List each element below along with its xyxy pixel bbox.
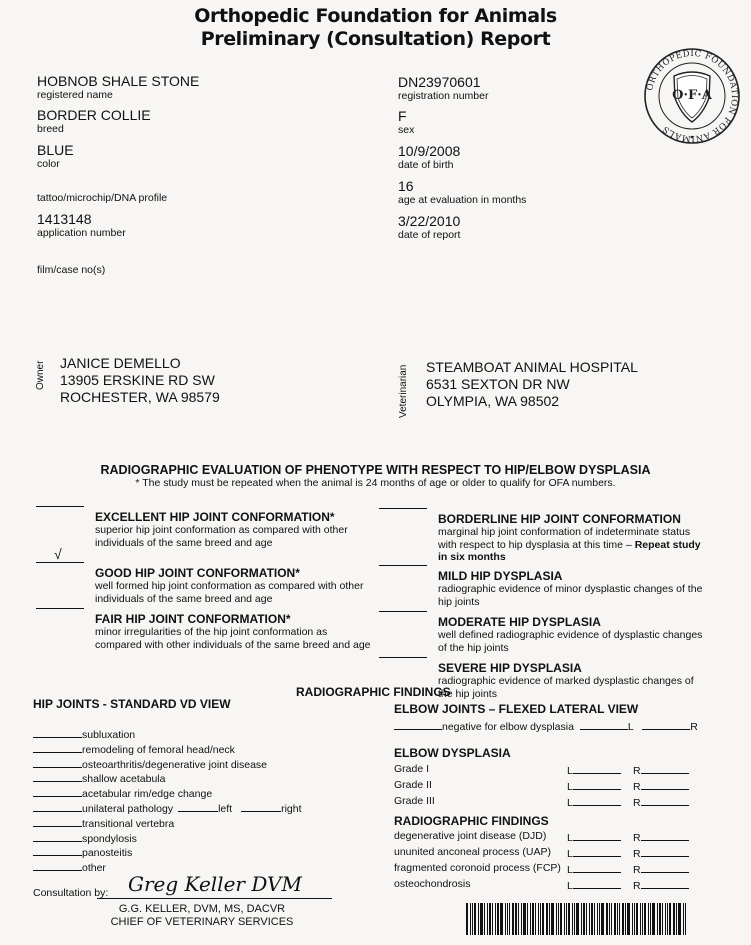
tattoo-label: tattoo/microchip/DNA profile [37, 192, 167, 204]
elbow-grade-row-left: L [567, 795, 621, 809]
evaluation-note: * The study must be repeated when the an… [0, 477, 751, 489]
color-value: BLUE [37, 143, 74, 158]
elbow-grade-row-right: R [633, 795, 689, 809]
elbow-finding-row-label: ununited anconeal process (UAP) [394, 846, 551, 858]
option-excellent-desc: superior hip joint conformation as compa… [95, 524, 376, 549]
elbow-finding-row-left: L [567, 862, 621, 876]
hip-finding-label: spondylosis [82, 833, 137, 845]
hip-section-title: HIP JOINTS - STANDARD VD VIEW [33, 697, 231, 711]
option-good-blank[interactable]: √ [36, 552, 84, 563]
option-borderline-blank[interactable] [379, 498, 427, 509]
elbow-grade-row-right-blank[interactable] [641, 779, 689, 790]
hip-finding-blank[interactable] [33, 860, 82, 871]
ofa-seal-icon: ORTHOPEDIC FOUNDATION FOR ANIMALS O·F·A [641, 46, 743, 146]
owner-side-label: Owner [35, 361, 46, 390]
option-excellent-title: EXCELLENT HIP JOINT CONFORMATION* [95, 510, 376, 524]
sex-label: sex [398, 124, 414, 136]
option-fair-blank[interactable] [36, 598, 84, 609]
elbow-finding-row-left: L [567, 878, 621, 892]
registration-number-label: registration number [398, 90, 488, 102]
unilateral-left-blank[interactable] [178, 801, 218, 812]
elbow-grade-row-right: R [633, 763, 689, 777]
elbow-finding-row-right-blank[interactable] [641, 830, 689, 841]
hip-finding-blank[interactable] [33, 757, 82, 768]
elbow-finding-row-label: fragmented coronoid process (FCP) [394, 862, 561, 874]
elbow-grade-row-left: L [567, 763, 621, 777]
owner-street: 13905 ERSKINE RD SW [60, 372, 220, 389]
elbow-finding-row-left-blank[interactable] [573, 846, 621, 857]
elbow-finding-row-right: R [633, 878, 689, 892]
hip-finding-blank[interactable] [33, 816, 82, 827]
elbow-grade-row: Grade IIILR [394, 795, 694, 811]
elbow-finding-row: ununited anconeal process (UAP)LR [394, 846, 694, 862]
unilateral-right-blank[interactable] [241, 801, 281, 812]
hip-finding-label: subluxation [82, 729, 135, 741]
hip-finding-label: unilateral pathology [82, 803, 173, 815]
elbow-grade-list: Grade ILRGrade IILRGrade IIILR [394, 763, 694, 811]
registered-name-value: HOBNOB SHALE STONE [37, 74, 199, 89]
option-fair-title: FAIR HIP JOINT CONFORMATION* [95, 612, 376, 626]
hip-finding-row: osteoarthritis/degenerative joint diseas… [33, 757, 302, 772]
hip-finding-blank[interactable] [33, 771, 82, 782]
elbow-grade-row-left-blank[interactable] [573, 779, 621, 790]
elbow-grade-row-left: L [567, 779, 621, 793]
findings-title: RADIOGRAPHIC FINDINGS [296, 685, 451, 699]
elbow-finding-row-right-blank[interactable] [641, 862, 689, 873]
elbow-finding-row-left: L [567, 846, 621, 860]
elbow-finding-row-right-blank[interactable] [641, 846, 689, 857]
vet-address: STEAMBOAT ANIMAL HOSPITAL 6531 SEXTON DR… [426, 359, 638, 410]
owner-city: ROCHESTER, WA 98579 [60, 389, 220, 406]
elbow-grade-row-right-blank[interactable] [641, 763, 689, 774]
hip-finding-blank[interactable] [33, 801, 82, 812]
hip-finding-row: shallow acetabula [33, 771, 302, 786]
registration-number-value: DN23970601 [398, 75, 488, 90]
option-mild-title: MILD HIP DYSPLASIA [438, 569, 704, 583]
elbow-grade-row-right: R [633, 779, 689, 793]
hip-finding-row: spondylosis [33, 831, 302, 846]
elbow-findings-title: RADIOGRAPHIC FINDINGS [394, 814, 549, 828]
application-number-label: application number [37, 227, 126, 239]
elbow-negative-r-label: R [690, 721, 698, 733]
color-label: color [37, 158, 74, 170]
dob-label: date of birth [398, 159, 460, 171]
vet-name: STEAMBOAT ANIMAL HOSPITAL [426, 359, 638, 376]
breed-label: breed [37, 123, 151, 135]
hip-finding-label: other [82, 862, 106, 874]
option-fair: FAIR HIP JOINT CONFORMATION* minor irreg… [36, 594, 376, 651]
registered-name-label: registered name [37, 89, 199, 101]
barcode-icon [466, 903, 687, 935]
hip-finding-row: panosteitis [33, 845, 302, 860]
option-severe-title: SEVERE HIP DYSPLASIA [438, 661, 704, 675]
elbow-finding-row-right: R [633, 830, 689, 844]
breed-value: BORDER COLLIE [37, 108, 151, 123]
vet-city: OLYMPIA, WA 98502 [426, 393, 638, 410]
unilateral-left-label: left [218, 803, 232, 815]
report-date-label: date of report [398, 229, 460, 241]
hip-finding-row: acetabular rim/edge change [33, 786, 302, 801]
hip-finding-label: osteoarthritis/degenerative joint diseas… [82, 759, 267, 771]
hip-finding-blank[interactable] [33, 831, 82, 842]
elbow-grade-row-label: Grade I [394, 763, 429, 775]
handwritten-signature: Greg Keller DVM [128, 872, 302, 896]
hip-finding-label: shallow acetabula [82, 773, 165, 785]
elbow-finding-row: osteochondrosisLR [394, 878, 694, 894]
elbow-grade-row-label: Grade III [394, 795, 435, 807]
hip-finding-row: unilateral pathologyleftright [33, 801, 302, 816]
elbow-finding-row: fragmented coronoid process (FCP)LR [394, 862, 694, 878]
evaluation-title: RADIOGRAPHIC EVALUATION OF PHENOTYPE WIT… [0, 463, 751, 477]
hip-finding-label: panosteitis [82, 847, 132, 859]
elbow-finding-row-left-blank[interactable] [573, 830, 621, 841]
elbow-negative-right-blank[interactable] [642, 719, 690, 730]
owner-name: JANICE DEMELLO [60, 355, 220, 372]
signer-name: G.G. KELLER, DVM, MS, DACVR [114, 903, 290, 915]
option-excellent-blank[interactable] [36, 496, 84, 507]
hip-finding-blank[interactable] [33, 786, 82, 797]
elbow-finding-row-left-blank[interactable] [573, 878, 621, 889]
option-severe-blank[interactable] [379, 647, 427, 658]
report-type-title: Preliminary (Consultation) Report [0, 28, 751, 50]
elbow-finding-row-right-blank[interactable] [641, 878, 689, 889]
elbow-dysplasia-title: ELBOW DYSPLASIA [394, 746, 511, 760]
elbow-grade-row-left-blank[interactable] [573, 763, 621, 774]
age-label: age at evaluation in months [398, 194, 526, 206]
application-number-value: 1413148 [37, 212, 126, 227]
sex-value: F [398, 109, 414, 124]
hip-finding-blank[interactable] [33, 742, 82, 753]
elbow-finding-row-left: L [567, 830, 621, 844]
elbow-negative-left-blank[interactable] [580, 719, 628, 730]
elbow-finding-row-left-blank[interactable] [573, 862, 621, 873]
elbow-negative-l-label: L [628, 721, 633, 733]
signer-role: CHIEF OF VETERINARY SERVICES [106, 916, 298, 928]
report-org-title: Orthopedic Foundation for Animals [0, 5, 751, 27]
svg-text:O·F·A: O·F·A [672, 88, 713, 103]
elbow-section-title: ELBOW JOINTS – FLEXED LATERAL VIEW [394, 702, 638, 716]
option-borderline-title: BORDERLINE HIP JOINT CONFORMATION [438, 512, 704, 526]
hip-finding-label: remodeling of femoral head/neck [82, 744, 235, 756]
elbow-finding-row: degenerative joint disease (DJD)LR [394, 830, 694, 846]
elbow-finding-row-label: osteochondrosis [394, 878, 470, 890]
hip-finding-blank[interactable] [33, 845, 82, 856]
unilateral-right-label: right [281, 803, 301, 815]
option-mild-blank[interactable] [379, 555, 427, 566]
elbow-grade-row: Grade ILR [394, 763, 694, 779]
vet-side-label: Veterinarian [398, 365, 409, 418]
elbow-finding-row-label: degenerative joint disease (DJD) [394, 830, 546, 842]
elbow-negative-blank[interactable] [394, 719, 442, 730]
owner-address: JANICE DEMELLO 13905 ERSKINE RD SW ROCHE… [60, 355, 220, 406]
hip-finding-row: subluxation [33, 727, 302, 742]
checkmark-icon: √ [54, 546, 62, 562]
elbow-grade-row-right-blank[interactable] [641, 795, 689, 806]
elbow-finding-row-right: R [633, 862, 689, 876]
signature-line [97, 898, 332, 899]
option-moderate-blank[interactable] [379, 601, 427, 612]
age-value: 16 [398, 179, 526, 194]
hip-finding-label: transitional vertebra [82, 818, 174, 830]
report-date-value: 3/22/2010 [398, 214, 460, 229]
elbow-grade-row: Grade IILR [394, 779, 694, 795]
hip-finding-row: transitional vertebra [33, 816, 302, 831]
hip-findings-list: subluxationremodeling of femoral head/ne… [33, 727, 302, 875]
option-fair-desc: minor irregularities of the hip joint co… [95, 626, 376, 651]
elbow-grade-row-label: Grade II [394, 779, 432, 791]
option-moderate-title: MODERATE HIP DYSPLASIA [438, 615, 704, 629]
film-case-label: film/case no(s) [37, 264, 105, 276]
hip-finding-blank[interactable] [33, 727, 82, 738]
elbow-finding-row-right: R [633, 846, 689, 860]
elbow-negative-label: negative for elbow dysplasia [442, 721, 574, 733]
hip-finding-row: remodeling of femoral head/neck [33, 742, 302, 757]
option-good-title: GOOD HIP JOINT CONFORMATION* [95, 566, 376, 580]
vet-street: 6531 SEXTON DR NW [426, 376, 638, 393]
option-excellent: EXCELLENT HIP JOINT CONFORMATION* superi… [36, 492, 376, 549]
option-severe-desc: radiographic evidence of marked dysplast… [438, 675, 704, 700]
dob-value: 10/9/2008 [398, 144, 460, 159]
elbow-negative-row: negative for elbow dysplasia L R [394, 719, 698, 733]
elbow-grade-row-left-blank[interactable] [573, 795, 621, 806]
hip-finding-label: acetabular rim/edge change [82, 788, 212, 800]
elbow-findings-list: degenerative joint disease (DJD)LRununit… [394, 830, 694, 894]
